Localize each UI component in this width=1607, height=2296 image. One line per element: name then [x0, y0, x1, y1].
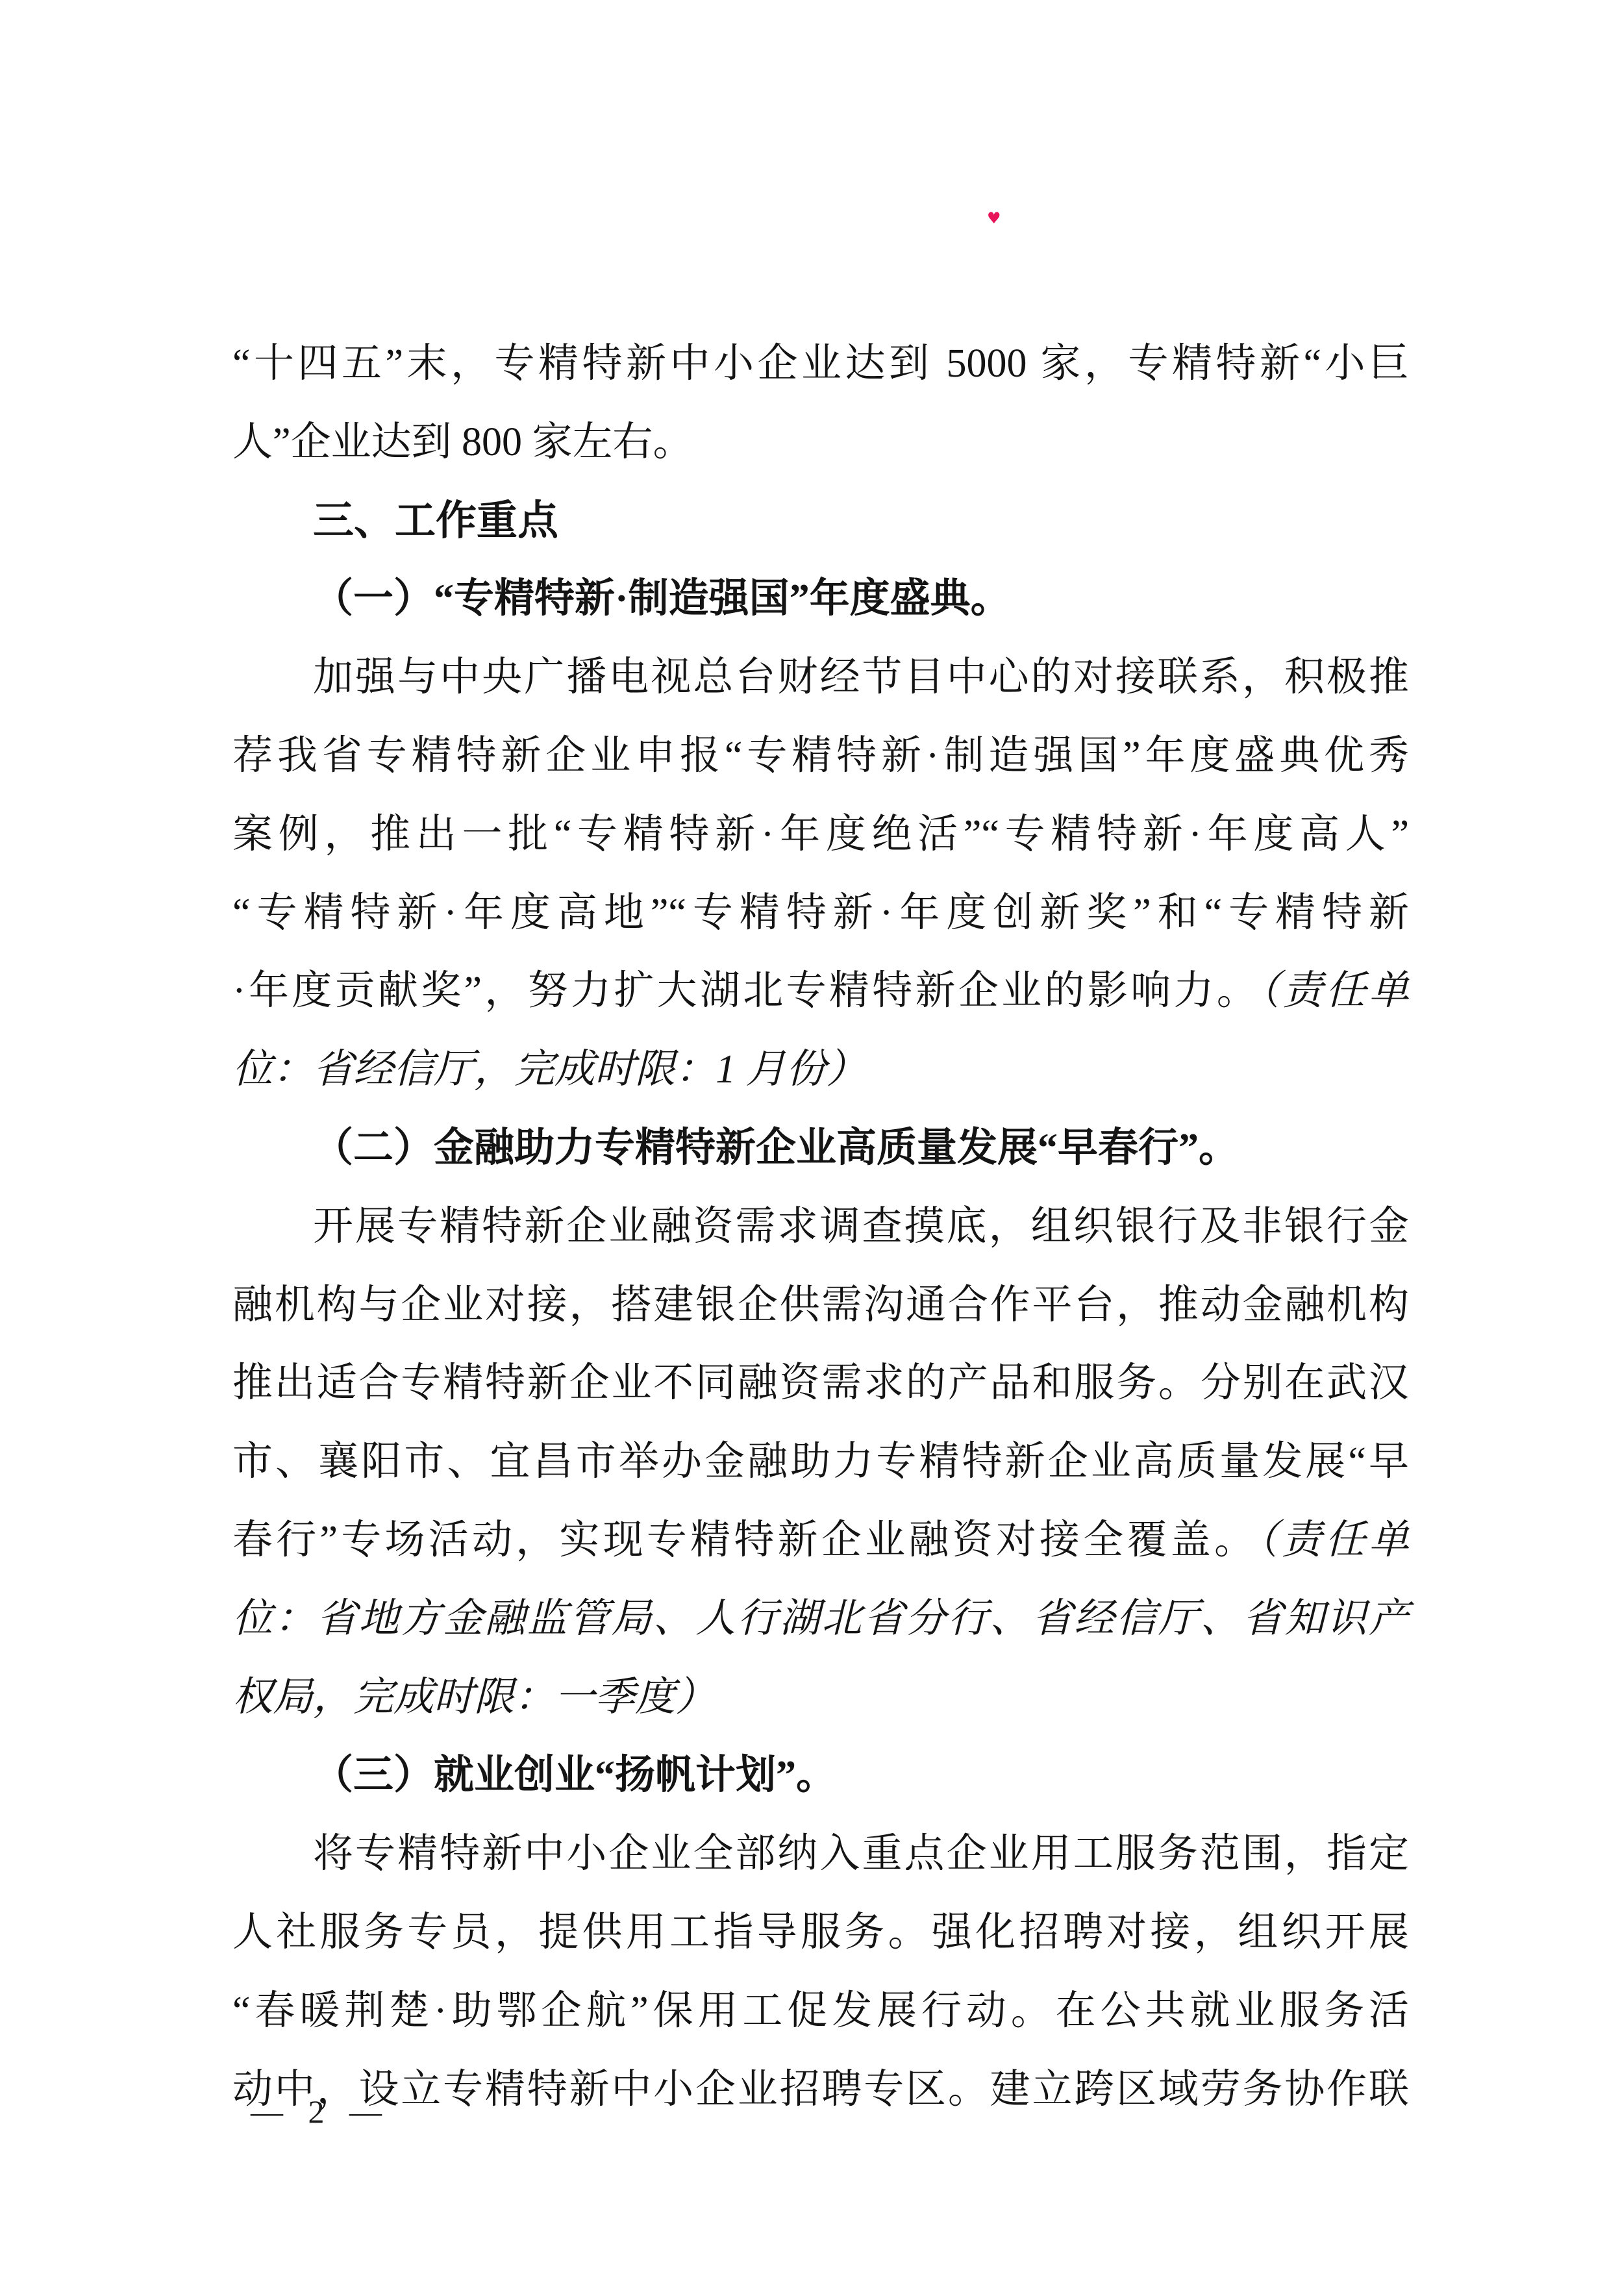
- text-segment: 将专精特新中小企业全部纳入重点企业用工服务范围，指定: [313, 1832, 1409, 1876]
- body-line: 案例，推出一批“专精特新·年度绝活”“专精特新·年度高人”: [232, 795, 1409, 874]
- text-segment: （一）“专精特新·制造强国”年度盛典。: [313, 577, 1011, 621]
- red-heart-mark-icon: ♥: [987, 210, 1001, 226]
- body-line: “春暖荆楚·助鄂企航”保用工促发展行动。在公共就业服务活: [232, 1972, 1409, 2051]
- subsection-heading: （二）金融助力专精特新企业高质量发展“早春行”。: [232, 1109, 1409, 1188]
- text-segment: 案例，推出一批“专精特新·年度绝活”“专精特新·年度高人”: [232, 812, 1409, 856]
- body-line: 推出适合专精特新企业不同融资需求的产品和服务。分别在武汉: [232, 1344, 1409, 1423]
- body-line: 人”企业达到 800 家左右。: [232, 403, 1409, 482]
- page-number: — 2 —: [251, 2092, 386, 2131]
- text-segment: 位：省地方金融监管局、人行湖北省分行、省经信厅、省知识产: [232, 1597, 1409, 1641]
- text-segment: 融机构与企业对接，搭建银企供需沟通合作平台，推动金融机构: [232, 1283, 1409, 1327]
- subsection-heading: （一）“专精特新·制造强国”年度盛典。: [232, 560, 1409, 638]
- body-line: 春行”专场活动，实现专精特新企业融资对接全覆盖。（责任单: [232, 1501, 1409, 1580]
- body-line: 开展专精特新企业融资需求调查摸底，组织银行及非银行金: [232, 1188, 1409, 1266]
- text-segment: 动中，设立专精特新中小企业招聘专区。建立跨区域劳务协作联: [232, 2067, 1409, 2112]
- text-segment: 人”企业达到 800 家左右。: [232, 420, 693, 464]
- text-segment: 位：省经信厅，完成时限：1 月份）: [232, 1047, 867, 1092]
- text-segment: （二）金融助力专精特新企业高质量发展“早春行”。: [313, 1126, 1239, 1170]
- body-line: 人社服务专员，提供用工指导服务。强化招聘对接，组织开展: [232, 1893, 1409, 1972]
- text-segment: 春行”专场活动，实现专精特新企业融资对接全覆盖。: [232, 1518, 1258, 1562]
- text-segment: 三、工作重点: [313, 498, 558, 543]
- responsibility-note-segment: （责任单: [1260, 969, 1409, 1013]
- text-segment: （三）就业创业“扬帆计划”。: [313, 1753, 836, 1797]
- text-segment: 开展专精特新企业融资需求调查摸底，组织银行及非银行金: [313, 1204, 1409, 1249]
- responsibility-note-segment: （责任单: [1258, 1518, 1409, 1562]
- text-segment: 推出适合专精特新企业不同融资需求的产品和服务。分别在武汉: [232, 1361, 1409, 1405]
- responsibility-note-line: 权局，完成时限：一季度）: [232, 1658, 1409, 1737]
- body-line: 加强与中央广播电视总台财经节目中心的对接联系，积极推: [232, 638, 1409, 717]
- section-heading: 三、工作重点: [232, 482, 1409, 560]
- text-segment: 荐我省专精特新企业申报“专精特新·制造强国”年度盛典优秀: [232, 734, 1409, 778]
- body-line: ·年度贡献奖”，努力扩大湖北专精特新企业的影响力。（责任单: [232, 952, 1409, 1030]
- body-line: 荐我省专精特新企业申报“专精特新·制造强国”年度盛典优秀: [232, 717, 1409, 795]
- text-segment: ·年度贡献奖”，努力扩大湖北专精特新企业的影响力。: [232, 969, 1260, 1013]
- text-segment: “专精特新·年度高地”“专精特新·年度创新奖”和“专精特新: [232, 891, 1409, 935]
- body-line: “专精特新·年度高地”“专精特新·年度创新奖”和“专精特新: [232, 874, 1409, 953]
- body-line: “十四五”末，专精特新中小企业达到 5000 家，专精特新“小巨: [232, 325, 1409, 403]
- body-line: 将专精特新中小企业全部纳入重点企业用工服务范围，指定: [232, 1815, 1409, 1893]
- subsection-heading: （三）就业创业“扬帆计划”。: [232, 1736, 1409, 1815]
- text-segment: “春暖荆楚·助鄂企航”保用工促发展行动。在公共就业服务活: [232, 1989, 1409, 2033]
- responsibility-note-line: 位：省经信厅，完成时限：1 月份）: [232, 1030, 1409, 1109]
- document-text-block: “十四五”末，专精特新中小企业达到 5000 家，专精特新“小巨 人”企业达到 …: [232, 325, 1409, 2128]
- body-line: 融机构与企业对接，搭建银企供需沟通合作平台，推动金融机构: [232, 1266, 1409, 1345]
- text-segment: 市、襄阳市、宜昌市举办金融助力专精特新企业高质量发展“早: [232, 1440, 1409, 1484]
- text-segment: 权局，完成时限：一季度）: [232, 1675, 716, 1719]
- document-page: ♥ “十四五”末，专精特新中小企业达到 5000 家，专精特新“小巨 人”企业达…: [0, 0, 1607, 2296]
- text-segment: 加强与中央广播电视总台财经节目中心的对接联系，积极推: [313, 655, 1409, 699]
- responsibility-note-line: 位：省地方金融监管局、人行湖北省分行、省经信厅、省知识产: [232, 1580, 1409, 1658]
- body-line: 市、襄阳市、宜昌市举办金融助力专精特新企业高质量发展“早: [232, 1423, 1409, 1501]
- text-segment: “十四五”末，专精特新中小企业达到 5000 家，专精特新“小巨: [232, 342, 1409, 386]
- text-segment: 人社服务专员，提供用工指导服务。强化招聘对接，组织开展: [232, 1910, 1409, 1954]
- body-line: 动中，设立专精特新中小企业招聘专区。建立跨区域劳务协作联: [232, 2051, 1409, 2129]
